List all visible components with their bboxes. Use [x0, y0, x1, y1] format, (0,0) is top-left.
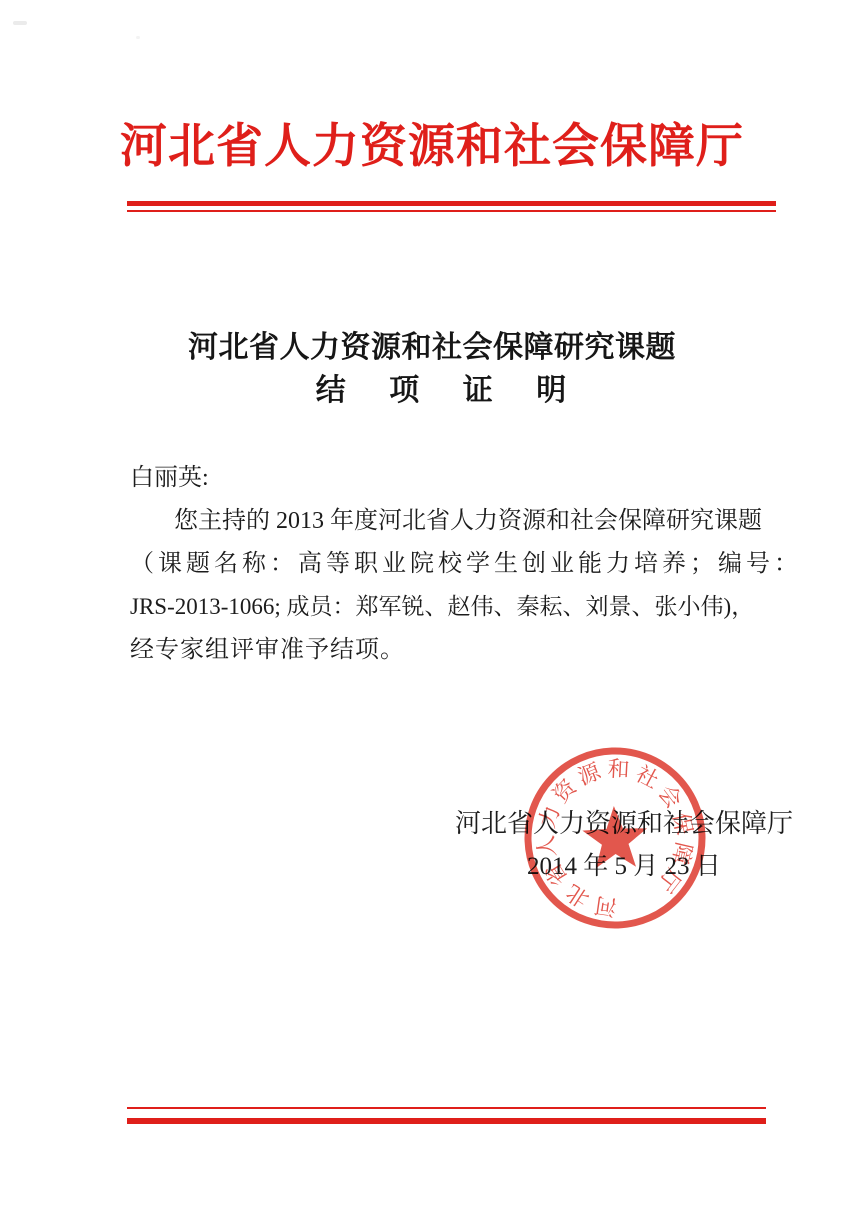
stamp-ring-character: 河 [592, 890, 618, 924]
stamp-ring-character: 人 [529, 834, 562, 860]
body-text-line: 经专家组评审准予结项。 [130, 633, 747, 667]
body-text-line: 您主持的 2013 年度河北省人力资源和社会保障研究课题 [130, 504, 791, 538]
footer-rule-thick [127, 1118, 766, 1124]
letterhead-org-name: 河北省人力资源和社会保障厅 [0, 112, 864, 182]
salutation: 白丽英: [130, 461, 747, 495]
document-title-line2: 结 项 证 明 [18, 365, 864, 409]
letterhead-rule-thick [127, 201, 776, 206]
stamp-ring-character: 和 [607, 752, 631, 784]
official-stamp: 河北省人力资源和社会保障厅 [517, 740, 714, 937]
scan-speck [13, 21, 27, 25]
document-title-line1: 河北省人力资源和社会保障研究课题 [0, 322, 864, 366]
letterhead-rule-thin [127, 210, 776, 212]
stamp-star-icon [582, 805, 649, 869]
body-text-line: JRS-2013-1066; 成员：郑军锐、赵伟、秦耘、刘景、张小伟)， [130, 590, 747, 624]
scan-speck [136, 36, 140, 39]
footer-rule-thin [127, 1107, 766, 1109]
scanned-certificate-page: 河北省人力资源和社会保障厅 河北省人力资源和社会保障研究课题 结 项 证 明 白… [0, 0, 864, 1222]
body-text-line: （课题名称：高等职业院校学生创业能力培养；编号： [130, 547, 747, 581]
